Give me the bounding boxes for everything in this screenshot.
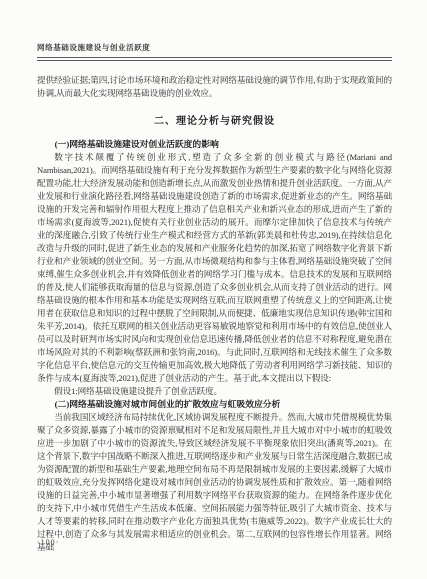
section-heading: 二、理论分析与研究假设 (37, 112, 392, 127)
body-paragraph-2: 当前我国区域经济布局持续优化,区域协调发展程度不断提升。然而,大城市凭借规模优势… (37, 411, 392, 554)
page-content: 网络基础设施建设与创业活跃度 提供经验证据;第四,讨论市场环境和政治稳定性对网络… (37, 42, 392, 554)
subsection-heading-2: (二)网络基础设施对城市间创业的扩散效应与虹吸效应分析 (37, 398, 392, 411)
running-header: 网络基础设施建设与创业活跃度 (37, 42, 392, 53)
intro-paragraph-continuation: 提供经验证据;第四,讨论市场环境和政治稳定性对网络基础设施的调节作用,有助于实现… (37, 74, 392, 100)
header-double-rule (37, 57, 392, 61)
subsection-heading-1: (一)网络基础设施建设对创业活跃度的影响 (37, 138, 392, 151)
hypothesis-1-line: 假设1:网络基础设施建设提升了创业活跃度。 (37, 385, 392, 398)
document-page: 网络基础设施建设与创业活跃度 提供经验证据;第四,讨论市场环境和政治稳定性对网络… (0, 0, 427, 579)
body-paragraph-1: 数字技术颠覆了传统创业形式,塑造了众多全新的创业模式与路径(Mariani an… (37, 151, 392, 385)
page-number: ·100· (37, 538, 59, 547)
